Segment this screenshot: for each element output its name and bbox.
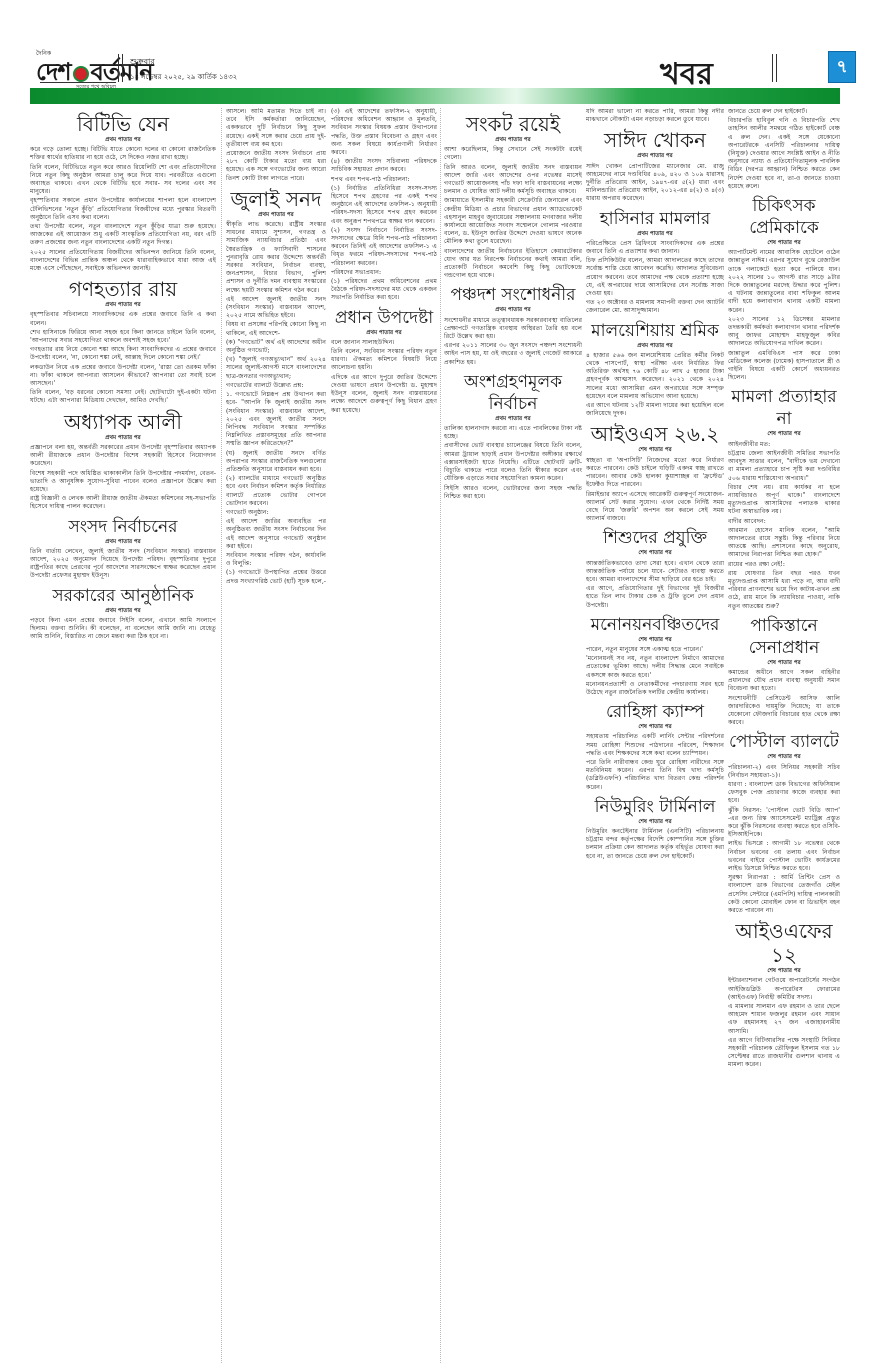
article-paragraph: পারেন, নতুন মানুষের সঙ্গে একাত্ম হতে পার… <box>586 646 724 654</box>
article-paragraph: তিনি বার্তায় লেখেন, জুলাই জাতীয় সনদ (স… <box>30 548 216 581</box>
article-headline[interactable]: গণহত্যার রায় <box>30 277 216 301</box>
article-paragraph: জান্নাতুল এমবিবিএস পাস করে ঢাকা মেডিকেল … <box>728 350 840 383</box>
article-paragraph: শপথ এবং শপথ-পাঠ পরিচালনা: <box>331 176 437 184</box>
column-1: বিটিভি যেনপ্রথম পাতার পরকরে গড়ে তোলা হচ… <box>30 108 216 1363</box>
article-paragraph: কমান্ডের অধীনে আগে সকল বাহিনীর প্রধানদের… <box>728 669 840 694</box>
article-paragraph: বাদীর আবেদন: <box>728 518 840 526</box>
article-paragraph: পরিষদের সভাপ্রধান: <box>331 269 437 277</box>
article-paragraph: প্রজ্ঞাপনে বলা হয়, অন্তর্বর্তী সরকারের … <box>30 444 216 469</box>
article: সরকারের আনুষ্ঠানিকপ্রথম পাতার পরপড়বে কি… <box>30 585 216 642</box>
article-paragraph: ২০২৩ সালের ১২ ডিসেম্বর মামলার তদন্তকারী … <box>728 316 840 349</box>
article-paragraph: এই আদেশ জুলাই জাতীয় সনদ (সংবিধান সংস্কা… <box>226 296 326 321</box>
article-paragraph: ইন্টারন্যাশনাল গেটওয়ে অপারেটর্সের সংগঠন… <box>728 977 840 1002</box>
article: মামলা প্রত্যাহার নাশেষ পাতার পরআইনজীবীর … <box>728 386 840 610</box>
article: বিটিভি যেনপ্রথম পাতার পরকরে গড়ে তোলা হচ… <box>30 112 216 273</box>
article: গণহত্যার রায়প্রথম পাতার পরবৃহস্পতিবার স… <box>30 277 216 405</box>
article-paragraph: ২০২৫ সালের প্রতিযোগিতায় বিজয়ীদের অভিনন… <box>30 249 216 274</box>
article-paragraph: সংশোধনীর মাধ্যমে তত্ত্বাবধায়ক সরকারব্যব… <box>444 317 582 342</box>
article-paragraph: আসলে। আমি মতামত দিতে চাই না। তবে ইসি কর্… <box>226 108 326 149</box>
continuation-label: প্রথম পাতার পর <box>30 607 216 615</box>
article-paragraph: (৩) এই আদেশের তফসিল-২ অনুযায়ী, পরিষদের … <box>331 108 437 157</box>
article-paragraph: আন্তর্জাতিকভাবেও তাদা সেরা হবে। এখান থেক… <box>586 560 724 585</box>
continuation-label: শেষ পাতার পর <box>728 430 840 438</box>
article: প্রধান উপদেষ্টাপ্রথম পাতার পরবলে জানান স… <box>331 307 437 415</box>
article-paragraph: সিইসি আরও বলেন, ভোটারদের জন্য সহজ পদ্ধতি… <box>444 485 582 501</box>
divider <box>118 54 123 82</box>
weekday: শুক্রবার <box>130 56 155 69</box>
article-paragraph: জানতে চেয়ে রুল দেন হাইকোর্ট। <box>728 108 840 116</box>
map-emblem-icon <box>73 66 89 82</box>
article-paragraph: রিমাইন্ডার অ্যাপে এসেছে আরেকটি গুরুত্বপূ… <box>586 491 724 524</box>
article-headline[interactable]: চিকিৎসক প্রেমিকাকে <box>728 195 840 239</box>
article-paragraph: গণভোটের ব্যালটে উল্লেখ্য প্রশ্ন: <box>226 382 326 390</box>
article-paragraph: 'মনোনয়নই সব নয়, নতুন বাংলাদেশ নির্মাণে… <box>586 655 724 680</box>
continuation-label: শেষ পাতার পর <box>586 549 724 557</box>
continuation-label: প্রথম পাতার পর <box>30 538 216 546</box>
article: নিউমুরিং টার্মিনালশেষ পাতার পরনিউমুরিং ক… <box>586 796 724 861</box>
article-paragraph: তিনি বলেন, সংবিধান সংস্কার পরিষদ নতুন ধা… <box>331 348 437 373</box>
article-headline[interactable]: হাসিনার মামলার <box>586 208 724 230</box>
article-paragraph: যদি আমরা ভালো না করতে পারি, আমরা কিন্তু … <box>586 108 724 124</box>
continuation-label: শেষ পাতার পর <box>728 753 840 761</box>
article-paragraph: নিউমুরিং কনটেইনার টার্মিনাল (এনসিটি) পরি… <box>586 828 724 861</box>
article-paragraph: এদিকে এর আগে দুপুরে জাতির উদ্দেশ্যে দেওয… <box>331 374 437 415</box>
article: জানতে চেয়ে রুল দেন হাইকোর্ট।বিচারপতি হা… <box>728 108 840 191</box>
article: অংশগ্রহণমূলক নির্বাচনপ্রথম পাতার পরতালিক… <box>444 371 582 501</box>
article: আসলে। আমি মতামত দিতে চাই না। তবে ইসি কর্… <box>226 108 326 183</box>
article-paragraph: বলে জানান সালাহউদ্দিন। <box>331 339 437 347</box>
continuation-label: শেষ পাতার পর <box>728 659 840 667</box>
article-paragraph: শেখ হাসিনাকে ফিরিয়ে আনা সহজ হবে কিনা জা… <box>30 329 216 345</box>
masthead: দৈনিক দেশবর্তমান সত্যের পথে অবিচল শুক্রব… <box>0 0 870 104</box>
continuation-label: শেষ পাতার পর <box>586 818 724 826</box>
article-paragraph: (২) ব্যালটের মাধ্যমে গণভোট অনুষ্ঠিত হবে … <box>226 475 326 508</box>
article-paragraph: চট্টগ্রাম জেলা আইনজীবী সমিতির সভাপতি আবদ… <box>728 450 840 483</box>
continuation-label: প্রথম পাতার পর <box>586 152 724 160</box>
article: চিকিৎসক প্রেমিকাকেশেষ পাতার পরঅ্যাপার্টম… <box>728 195 840 382</box>
article-paragraph: চিফ প্রসিকিউটর বলেন, আমরা আদালতের কাছে ত… <box>586 257 724 298</box>
article-paragraph: জামায়াতে ইসলামীর সহকারী সেক্রেটারি জেনা… <box>444 197 582 246</box>
continuation-label: শেষ পাতার পর <box>728 967 840 975</box>
continuation-label: শেষ পাতার পর <box>586 723 724 731</box>
article-paragraph: (১) পরিষদের প্রথম অধিবেশনের প্রথম বৈঠকে … <box>331 278 437 303</box>
article-paragraph: গত ২৩ অক্টোবর ও মামলায় সমাপনী বক্তব্য দ… <box>586 299 724 315</box>
article-paragraph: এর আগে, প্রতিযোগিতার দুই বিভাগের দুই বিজ… <box>586 585 724 610</box>
article-paragraph: রায় ঘোষণার তিন বছর পরও যখন মৃত্যুদণ্ডপ্… <box>728 570 840 611</box>
article-headline[interactable]: মনোনয়নবঞ্চিতদের <box>586 614 724 636</box>
article-paragraph: ১. গণভোটে নিম্নরূপ প্রশ্ন উত্থাপন করা হব… <box>226 391 326 448</box>
article-paragraph: বিচারপতি হাবিবুল গনি ও বিচারপতি শেখ তাহস… <box>728 117 840 191</box>
article-headline[interactable]: রোহিঙ্গা ক্যাম্প <box>586 701 724 723</box>
article-paragraph: (১) নির্বাচিত প্রতিনিধিরা সংসদ-সদস্য হিস… <box>331 185 437 226</box>
article-paragraph: বাংলাদেশের জাতীয় নির্বাচনের ইতিহাসে কেয… <box>444 248 582 281</box>
continuation-label: শেষ পাতার পর <box>728 239 840 247</box>
continuation-label: প্রথম পাতার পর <box>331 329 437 337</box>
article-paragraph: (১) গণভোটে উপস্থাপিত প্রশ্নের উত্তরে প্র… <box>226 569 326 585</box>
article-headline[interactable]: পঞ্চদশ সংশোধনীর <box>444 284 582 306</box>
article-paragraph: মনোনয়নপ্রত্যাশী ও নেতাকর্মীদের পদচারণায… <box>586 681 724 697</box>
article-paragraph: স্বচ্ছতা বা 'অপাসিটি' নিজেদের মতো করে নি… <box>586 457 724 490</box>
article-paragraph: বিষয় বা প্রসঙ্গের পরিপন্থি কোনো কিছু না… <box>226 321 326 337</box>
article-paragraph: (ক) "গণভোট" অর্থ এই আদেশের অধীন অনুষ্ঠিত… <box>226 339 326 355</box>
article: পাকিস্তানে সেনাপ্রধানশেষ পাতার পরকমান্ডে… <box>728 615 840 728</box>
article-paragraph: করে গড়ে তোলা হচ্ছে। বিটিভি যাতে কোনো দল… <box>30 146 216 162</box>
article-paragraph: তথ্য উপদেষ্টা বলেন, নতুন বাংলাদেশে নতুন … <box>30 223 216 248</box>
article-paragraph: গণভোট অনুষ্ঠান: <box>226 509 326 517</box>
continuation-label: প্রথম পাতার পর <box>444 415 582 423</box>
article-headline[interactable]: সরকারের আনুষ্ঠানিক <box>30 585 216 607</box>
article-paragraph: এই আদেশ জারির অব্যবহিত পর অনুষ্ঠিতব্য জা… <box>226 518 326 551</box>
article-headline[interactable]: আইওএফের ১২ <box>728 919 840 967</box>
article-headline[interactable]: সংকট রয়েই <box>444 112 582 136</box>
article-paragraph: সুরক্ষা নিরাপত্তা : আর্মি প্রিন্টিং প্রে… <box>728 874 840 915</box>
article-headline[interactable]: মালয়েশিয়ায় শ্রমিক <box>586 320 724 342</box>
article-paragraph: রায়ের পরও রক্ষা নেই!: <box>728 561 840 569</box>
date: ১৪ নভেম্বর ২০২৫, ২৯ কার্তিক ১৪৩২ <box>130 71 237 83</box>
article: সংকট রয়েইপ্রথম পাতার পরআশা করেছিলাম, কি… <box>444 112 582 280</box>
article-paragraph: পরিচালনা-২) এবং সিনিয়র সহকারী সচিব (নির… <box>728 764 840 780</box>
article-paragraph: বিচার শেষ নয়। রায় কার্যকর না হলে ন্যায… <box>728 484 840 517</box>
article-headline[interactable]: জুলাই সনদ <box>226 187 326 211</box>
article: যদি আমরা ভালো না করতে পারি, আমরা কিন্তু … <box>586 108 724 124</box>
continuation-label: প্রথম পাতার পর <box>30 136 216 144</box>
continuation-label: প্রথম পাতার পর <box>30 434 216 442</box>
article-paragraph: আইনজীবীর মত: <box>728 441 840 449</box>
article-paragraph: সংবিধান সংস্কার পরিষদ গঠন, কার্যাবলি ও ব… <box>226 552 326 568</box>
article-paragraph: ধারণা : বাংলাদেশ ডাক বিভাগের অফিসিয়াল ফ… <box>728 781 840 806</box>
article: (ঘ) জুলাই জাতীয় সনদে বর্ণিত অপরাপর সংস্… <box>226 450 326 586</box>
header-bar <box>30 88 840 104</box>
article-paragraph: পরিপ্রেক্ষিতে প্রেস ব্রিফিংয়ে সাংবাদিকদ… <box>586 240 724 256</box>
article-headline[interactable]: অধ্যাপক আলী <box>30 410 216 434</box>
column-divider <box>221 108 222 1363</box>
article-paragraph: সাঈদ খোকন প্রোপাটিজের ম্যানেজার মো. রাজু… <box>586 163 724 204</box>
article: হাসিনার মামলারপ্রথম পাতার পরপরিপ্রেক্ষিত… <box>586 208 724 316</box>
article-paragraph: (খ) "জুলাই গণঅভ্যুত্থান" অর্থ ২০২৪ সালের… <box>226 356 326 381</box>
article-headline[interactable]: পোস্টাল ব্যালটে <box>728 731 840 753</box>
article-headline[interactable]: প্রধান উপদেষ্টা <box>331 307 437 329</box>
column-3: (৩) এই আদেশের তফসিল-২ অনুযায়ী, পরিষদের … <box>331 108 437 1363</box>
article-paragraph: (ঘ) জুলাই জাতীয় সনদে বর্ণিত অপরাপর সংস্… <box>226 450 326 475</box>
article: সংসদ নির্বাচনেরপ্রথম পাতার পরতিনি বার্তা… <box>30 516 216 581</box>
article-paragraph: বৃহস্পতিবার সকালে প্রধান উপদেষ্টার কার্য… <box>30 197 216 222</box>
article-headline[interactable]: নিউমুরিং টার্মিনাল <box>586 796 724 818</box>
article: অধ্যাপক আলীপ্রথম পাতার পরপ্রজ্ঞাপনে বলা … <box>30 410 216 512</box>
article-paragraph: আরমান হোসেন মানিক বলেন, "আমি আদালতের রায… <box>728 527 840 560</box>
article-paragraph: তিনি বলেন, 'বড় ধরনের কোনো সমস্যা নেই। ছ… <box>30 389 216 405</box>
article-paragraph: পরে তিনি নারীবান্ধব কেন্দ্র ঘুরে রোহিঙ্গ… <box>586 759 724 792</box>
article-headline[interactable]: শিশুদের প্রযুক্তি <box>586 527 724 549</box>
article: শিশুদের প্রযুক্তিশেষ পাতার পরআন্তর্জাতিক… <box>586 527 724 609</box>
article-paragraph: আশা করেছিলাম, কিন্তু সেখানে সেই সংকটটা র… <box>444 146 582 162</box>
article: মনোনয়নবঞ্চিতদেরশেষ পাতার পরপারেন, নতুন … <box>586 614 724 697</box>
continuation-label: প্রথম পাতার পর <box>226 211 326 219</box>
article-paragraph: লকডাউন নিয়ে এক প্রশ্নের জবাবে উপদেষ্টা … <box>30 364 216 389</box>
article-paragraph: বিশেষ সহকারী পদে অধিষ্ঠিত থাকাকালীন তিনি… <box>30 470 216 495</box>
article: (৩) এই আদেশের তফসিল-২ অনুযায়ী, পরিষদের … <box>331 108 437 303</box>
article-paragraph: পড়বে কিনা এমন প্রশ্নের জবাবে সিইসি বলেন… <box>30 617 216 642</box>
article-paragraph: তালিকা হালনাগাদ করবো না। এতে পাবলিকের টা… <box>444 425 582 441</box>
article-paragraph: স্বীকৃতি লাভ করেছে। রাষ্ট্রীয় সংস্কার স… <box>226 221 326 295</box>
column-4: সংকট রয়েইপ্রথম পাতার পরআশা করেছিলাম, কি… <box>444 108 582 1363</box>
column-2: আসলে। আমি মতামত দিতে চাই না। তবে ইসি কর্… <box>226 108 326 1363</box>
continuation-label: প্রথম পাতার পর <box>586 230 724 238</box>
article-headline[interactable]: অংশগ্রহণমূলক নির্বাচন <box>444 371 582 415</box>
column-6: জানতে চেয়ে রুল দেন হাইকোর্ট।বিচারপতি হা… <box>728 108 840 1363</box>
article-paragraph: প্রবাসীদের ভোট ব্যবস্থার চ্যালেঞ্জের বিষ… <box>444 442 582 483</box>
article-paragraph: এ মামলার সালমান এফ রহমান ও তার ছেলে আহমে… <box>728 1003 840 1036</box>
article-headline[interactable]: মামলা প্রত্যাহার না <box>728 386 840 430</box>
continuation-label: শেষ পাতার পর <box>586 636 724 644</box>
article-headline[interactable]: সংসদ নির্বাচনের <box>30 516 216 538</box>
column-5: যদি আমরা ভালো না করতে পারি, আমরা কিন্তু … <box>586 108 724 1363</box>
column-divider <box>440 108 441 1363</box>
article-paragraph: এরপর ২০১১ সালের ৩০ জুন সংসদে পঞ্চদশ সংশো… <box>444 342 582 367</box>
article-paragraph: প্রয়োজনে জাতীয় সংসদ নির্বাচনে প্রায় ২… <box>226 150 326 183</box>
continuation-label: প্রথম পাতার পর <box>444 136 582 144</box>
article: জুলাই সনদপ্রথম পাতার পরস্বীকৃতি লাভ করেছ… <box>226 187 326 449</box>
article-paragraph: (৪) জাতীয় সংসদ সচিবালয় পরিষদকে সাচিবিক… <box>331 158 437 174</box>
article-paragraph: এর আগে ঘটনায় ১২টি মামলা দায়ের করা হয়ে… <box>586 402 724 418</box>
article: মালয়েশিয়ায় শ্রমিকপ্রথম পাতার পর৪ হাজা… <box>586 320 724 419</box>
article-headline[interactable]: আইওএস ২৬.২ <box>586 422 724 446</box>
divider <box>772 54 777 82</box>
article-paragraph: তিনি আরও বলেন, জুলাই জাতীয় সনদ বাস্তবায… <box>444 164 582 197</box>
page-number-badge: ৭ <box>828 51 856 83</box>
article-paragraph: এর আগে বিটিআরসির পক্ষে সংস্থাটি সিনিয়র … <box>728 1037 840 1070</box>
article-paragraph: তিনি বলেন, বিটিভিতে নতুন করে আরও রিয়েলি… <box>30 164 216 197</box>
article-headline[interactable]: পাকিস্তানে সেনাপ্রধান <box>728 615 840 659</box>
article-paragraph: রাষ্ট্র বিজ্ঞানী ও লেখক আলী রীয়াজ জাতীয… <box>30 495 216 511</box>
article: সাঈদ খোকনপ্রথম পাতার পরসাঈদ খোকন প্রোপাট… <box>586 128 724 203</box>
continuation-label: শেষ পাতার পর <box>586 446 724 454</box>
article-paragraph: সহায়তায় পরিচালিত একটি লার্নিং সেন্টার … <box>586 733 724 758</box>
article-paragraph: ঝুঁকি নিরসন: 'পোস্টাল ভোট বিডি অ্যাপ' -এ… <box>728 807 840 840</box>
article-paragraph: লাইভ ভিসপ্লে : আগামী ১৮ নভেম্বর থেকে নির… <box>728 840 840 873</box>
continuation-label: প্রথম পাতার পর <box>586 342 724 350</box>
article: রোহিঙ্গা ক্যাম্পশেষ পাতার পরসহায়তায় পর… <box>586 701 724 792</box>
article-paragraph: ৪ হাজার ৫৬৬ জন মালয়েশিয়ায় প্রেরিত কর্… <box>586 352 724 401</box>
article: আইওএস ২৬.২শেষ পাতার পরস্বচ্ছতা বা 'অপাসি… <box>586 422 724 523</box>
article-paragraph: বৃহস্পতিবার সচিবালয়ে সাংবাদিকদের এক প্র… <box>30 311 216 327</box>
article: পোস্টাল ব্যালটেশেষ পাতার পরপরিচালনা-২) এ… <box>728 731 840 915</box>
article-paragraph: সংশোধনীটি প্রেসিডেন্ট আসিফ আলি জারদারিকে… <box>728 695 840 728</box>
article-paragraph: অ্যাপার্টমেন্ট নামের আবাসিক হোটেলে ওঠেন … <box>728 249 840 315</box>
continuation-label: প্রথম পাতার পর <box>30 301 216 309</box>
article: আইওএফের ১২শেষ পাতার পরইন্টারন্যাশনাল গেট… <box>728 919 840 1069</box>
article-paragraph: (২) সংসদ নির্বাচনে নির্বাচিত সংসদ-সদস্যদ… <box>331 227 437 268</box>
article-headline[interactable]: সাঈদ খোকন <box>586 128 724 152</box>
article: পঞ্চদশ সংশোধনীরপ্রথম পাতার পরসংশোধনীর মা… <box>444 284 582 366</box>
article-headline[interactable]: বিটিভি যেন <box>30 112 216 136</box>
article-paragraph: গণহত্যার রায় নিয়ে কোনো শঙ্কা আছে কিনা … <box>30 346 216 362</box>
continuation-label: প্রথম পাতার পর <box>444 306 582 314</box>
